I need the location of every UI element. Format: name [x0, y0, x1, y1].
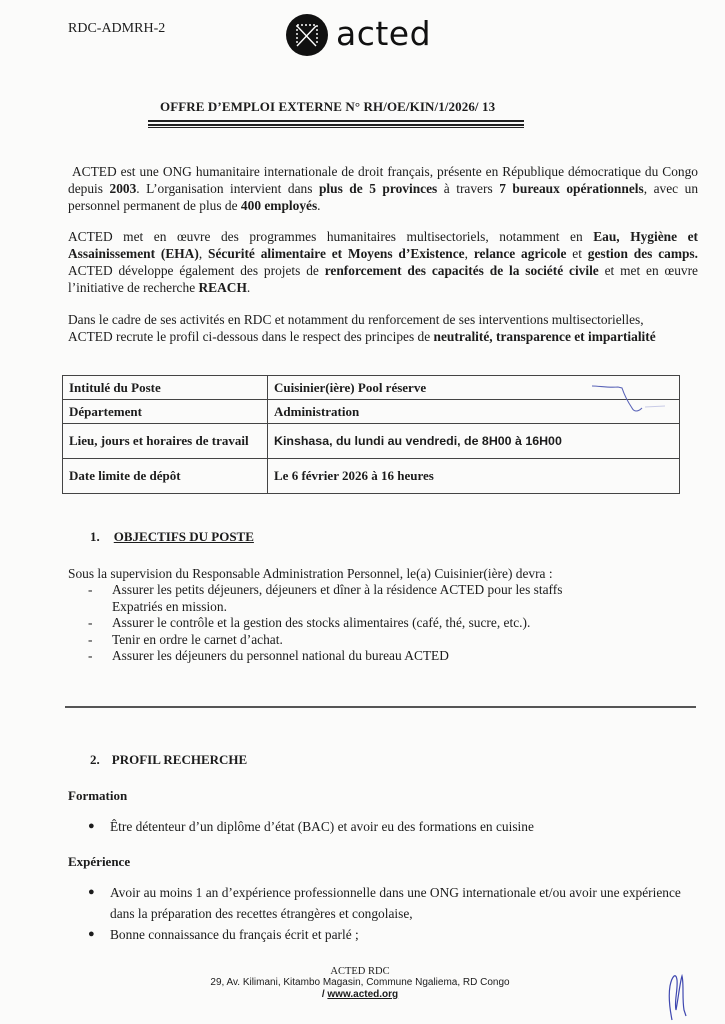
job-offer-title: OFFRE D’EMPLOI EXTERNE N° RH/OE/KIN/1/20… — [160, 99, 495, 115]
text-line: Assainissement (EHA), Sécurité alimentai… — [68, 245, 698, 262]
experience-list: ●Avoir au moins 1 an d’expérience profes… — [88, 882, 708, 945]
list-item: -Assurer les petits déjeuners, déjeuners… — [88, 582, 562, 615]
footer-org-name: ACTED RDC — [200, 966, 520, 977]
list-item: ●Être détenteur d’un diplôme d’état (BAC… — [88, 816, 708, 837]
table-row: Date limite de dépôt Le 6 février 2026 à… — [63, 459, 680, 494]
table-row: Lieu, jours et horaires de travail Kinsh… — [63, 424, 680, 459]
workplace-hours-label: Lieu, jours et horaires de travail — [63, 424, 268, 459]
table-row: Intitulé du Poste Cuisinier(ière) Pool r… — [63, 376, 680, 400]
intro-paragraph-2: ACTED met en œuvre des programmes humani… — [68, 228, 698, 296]
section-profile-heading: 2.PROFIL RECHERCHE — [90, 752, 247, 768]
acted-logo-text: acted — [336, 14, 431, 53]
handwritten-initials — [664, 970, 690, 1022]
intro-paragraph-1: ACTED est une ONG humanitaire internatio… — [68, 163, 698, 214]
acted-logo: acted — [286, 14, 431, 56]
list-item: -Assurer les déjeuners du personnel nati… — [88, 648, 562, 665]
list-item: -Assurer le contrôle et la gestion des s… — [88, 615, 562, 632]
job-details-table: Intitulé du Poste Cuisinier(ière) Pool r… — [62, 375, 680, 494]
pen-scribble-mark — [590, 380, 680, 420]
department-label: Département — [63, 400, 268, 424]
document-reference: RDC-ADMRH-2 — [68, 21, 165, 37]
page-footer: ACTED RDC 29, Av. Kilimani, Kitambo Maga… — [200, 966, 520, 1001]
text-line: Dans le cadre de ses activités en RDC et… — [68, 311, 698, 328]
deadline-label: Date limite de dépôt — [63, 459, 268, 494]
list-item: ●Bonne connaissance du français écrit et… — [88, 924, 708, 945]
text-line: personnel permanent de plus de 400 emplo… — [68, 197, 698, 214]
text-line: ACTED est une ONG humanitaire internatio… — [68, 163, 698, 180]
formation-heading: Formation — [68, 788, 127, 804]
section-objectives-heading: 1.OBJECTIFS DU POSTE — [90, 529, 254, 545]
formation-list: ●Être détenteur d’un diplôme d’état (BAC… — [88, 816, 708, 837]
intro-paragraph-3: Dans le cadre de ses activités en RDC et… — [68, 311, 698, 345]
deadline-value: Le 6 février 2026 à 16 heures — [268, 459, 680, 494]
objectives-intro: Sous la supervision du Responsable Admin… — [68, 566, 553, 582]
footer-website: / www.acted.org — [200, 989, 520, 1001]
text-line: ACTED met en œuvre des programmes humani… — [68, 228, 698, 245]
acted-logo-mark-icon — [286, 14, 328, 56]
bullet-icon: ● — [88, 816, 95, 837]
section-separator — [65, 706, 696, 708]
list-item: ●Avoir au moins 1 an d’expérience profes… — [88, 882, 708, 924]
table-row: Département Administration — [63, 400, 680, 424]
text-line: depuis 2003. L’organisation intervient d… — [68, 180, 698, 197]
bullet-icon: ● — [88, 882, 95, 903]
website-link[interactable]: www.acted.org — [327, 989, 398, 1000]
bullet-icon: ● — [88, 924, 95, 945]
text-line: l’initiative de recherche REACH. — [68, 279, 698, 296]
text-line: ACTED recrute le profil ci-dessous dans … — [68, 328, 698, 345]
objectives-list: -Assurer les petits déjeuners, déjeuners… — [88, 582, 562, 665]
job-title-label: Intitulé du Poste — [63, 376, 268, 400]
list-item: -Tenir en ordre le carnet d’achat. — [88, 632, 562, 649]
experience-heading: Expérience — [68, 854, 130, 870]
footer-address: 29, Av. Kilimani, Kitambo Magasin, Commu… — [200, 977, 520, 989]
text-line: ACTED développe également des projets de… — [68, 262, 698, 279]
workplace-hours-value: Kinshasa, du lundi au vendredi, de 8H00 … — [268, 424, 680, 459]
title-double-rule — [148, 120, 524, 128]
